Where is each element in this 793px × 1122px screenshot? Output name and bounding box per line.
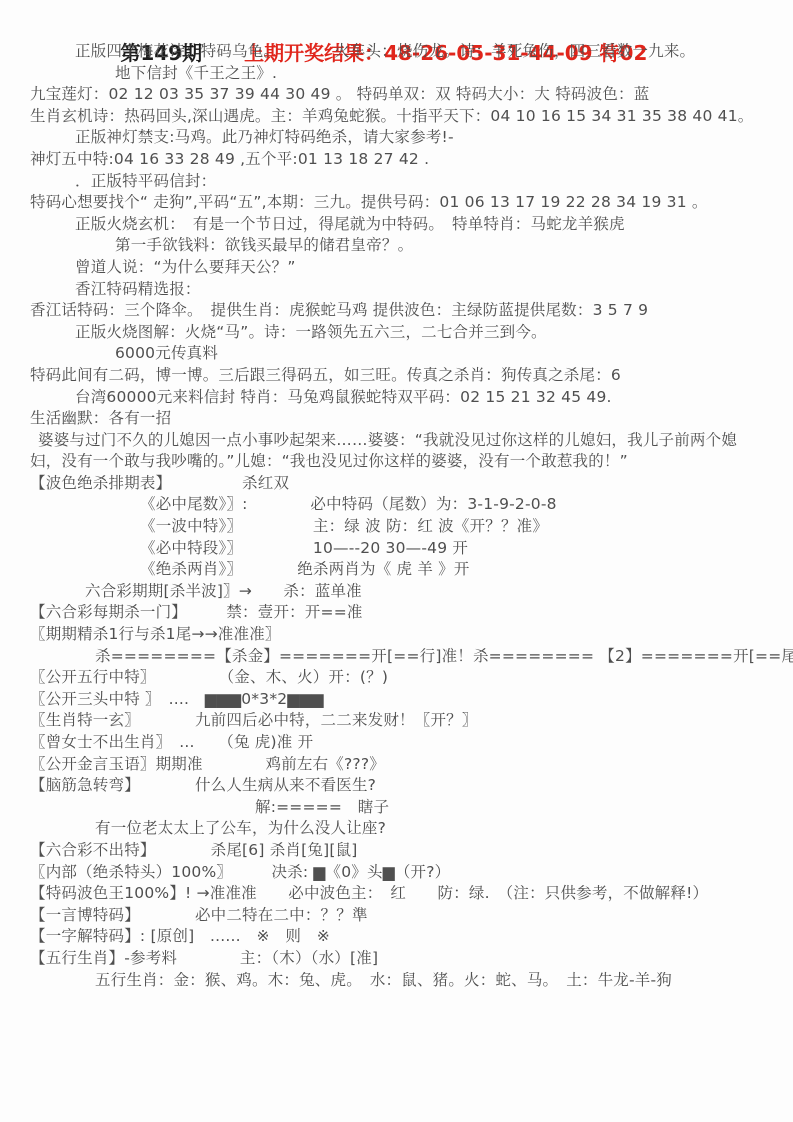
text-line-golden-words: 〖公开金言玉语〗期期准 鸡前左右《???》 (30, 754, 787, 776)
text-line-humor-title: 生活幽默：各有一招 (30, 408, 787, 430)
text-line-fax-6000: 6000元传真料 (115, 343, 787, 365)
section-one-word-solve: 【一字解特码】: [原创] ...... ※ 则 ※ (30, 926, 787, 948)
text-line-lamp-ban: 正版神灯禁支:马鸡。此乃神灯特码绝杀，请大家参考!- (75, 127, 787, 149)
text-line-two-codes: 特码此间有二码，博一博。三后跟三得码五，如三旺。传真之杀肖：狗传真之杀尾：6 (30, 365, 787, 387)
text-line-kill-two-zodiac: 《绝杀两肖》〗 绝杀两肖为《 虎 羊 》开 (140, 559, 787, 581)
text-line-zodiac-poem: 生肖玄机诗：热码回头,深山遇虎。主：羊鸡兔蛇猴。十指平天下：04 10 16 1… (30, 106, 787, 128)
text-line-joke-2: 妇，没有一个敢与我吵嘴的。”儿媳：“我也没见过你这样的婆婆，没有一个敢惹我的！” (30, 451, 787, 473)
text-line-master-quote: 曾道人说：“为什么要拜天公？” (75, 257, 787, 279)
text-line-teaser-2: 有一位老太太上了公车，为什么没人让座? (95, 818, 787, 840)
text-line-zodiac-mystery: 〖生肖特一玄〗 九前四后必中特，二二来发财！〖开？〗 (30, 710, 787, 732)
text-line-five-elements: 〖公开五行中特〗 （金、木、火）开：(？) (30, 667, 787, 689)
text-line-must-hit-tails: 《必中尾数》〗: 必中特码（尾数）为：3-1-9-2-0-8 (140, 494, 787, 516)
text-line-wave-king: 【特码波色王100%】! →准准准 必中波色主： 红 防：绿. （注：只供参考，… (30, 883, 787, 905)
text-line-kill-row-tail: 〖期期精杀1行与杀1尾→→准准准〗 (30, 624, 787, 646)
text-line-fire-mystery: 正版火烧玄机： 有是一个节日过，得尾就为中特码。 特单特肖：马蛇龙羊猴虎 (75, 214, 787, 236)
text-line-kill-half-wave: 六合彩期期[杀半波]〗→ 杀：蓝单准 (85, 581, 787, 603)
text-line-taiwan-60000: 台湾60000元来料信封 特肖：马兔鸡鼠猴蛇特双平码：02 15 21 32 4… (75, 387, 787, 409)
text-line-code-wish: 特码心想要找个“ 走狗”,平码“五”,本期：三九。提供号码：01 06 13 1… (30, 192, 787, 214)
text-line-ms-zeng: 〖曾女士不出生肖〗 ... （兔 虎)准 开 (30, 732, 787, 754)
text-line-code-envelope: ．正版特平码信封： (75, 171, 787, 193)
section-brain-teaser: 【脑筋急转弯】 什么人生病从来不看医生? (30, 775, 787, 797)
text-line-plum-poem: 正版四字梅花诗：特码乌龟。 火车头：烧伤龙。诗：羊死兔伤，四三看数一九来。 (75, 41, 787, 63)
text-line-lamp-five: 神灯五中特:04 16 33 28 49 ,五个平:01 13 18 27 42… (30, 149, 787, 171)
text-line-element-mapping: 五行生肖：金：猴、鸡。木：兔、虎。 水：鼠、猪。火：蛇、马。 土：牛龙-羊-狗 (95, 970, 787, 992)
text-line-kill-head: 〖内部（绝杀特头）100%〗 决杀: ▆《0》头▆（开?） (30, 862, 787, 884)
text-line-lotus-lamp: 九宝莲灯：02 12 03 35 37 39 44 30 49 。 特码单双：双… (30, 84, 787, 106)
section-one-word-bet: 【一言博特码】 必中二特在二中：？？準 (30, 905, 787, 927)
text-line-kill-gold: 杀========【杀金】=======开[==行]准！杀======== 【2… (95, 646, 787, 668)
text-line-money-tip: 第一手欲钱料：欲钱买最早的储君皇帝？。 (115, 235, 787, 257)
text-line-fire-diagram: 正版火烧图解：火烧“马”。诗：一路领先五六三，二七合并三到今。 (75, 322, 787, 344)
text-line-one-wave: 《一波中特》〗 主：绿 波 防：红 波《开？？准》 (140, 516, 787, 538)
section-five-element-zodiac: 【五行生肖】-参考料 主：（木）（水）[准] (30, 948, 787, 970)
section-wave-kill-table: 【波色绝杀排期表】 杀红双 (30, 473, 787, 495)
text-line-must-segment: 《必中特段》〗 10—--20 30—-49 开 (140, 538, 787, 560)
text-line-hk-code: 香江话特码：三个降伞。 提供生肖：虎猴蛇马鸡 提供波色：主绿防蓝提供尾数：3 5… (30, 300, 787, 322)
lottery-tips-sheet: 第149期上期开奖结果：48-26-05-31-44-09 特02 正版四字梅花… (0, 0, 793, 1122)
section-no-special: 【六合彩不出特】 杀尾[6] 杀肖[兔][鼠] (30, 840, 787, 862)
text-line-hk-report: 香江特码精选报： (75, 279, 787, 301)
sheet-header: 第149期上期开奖结果：48-26-05-31-44-09 特02 (100, 8, 787, 38)
text-line-three-heads: 〖公开三头中特 〗 .... ▆▆▆0*3*2▆▆▆ (30, 689, 787, 711)
text-line-joke-1: 婆婆与过门不久的儿媳因一点小事吵起架来……婆婆：“我就没见过你这样的儿媳妇，我儿… (38, 430, 787, 452)
section-kill-one-gate: 【六合彩每期杀一门】 禁：壹开：开==准 (30, 602, 787, 624)
text-line-teaser-answer: 解:===== 瞎子 (255, 797, 787, 819)
